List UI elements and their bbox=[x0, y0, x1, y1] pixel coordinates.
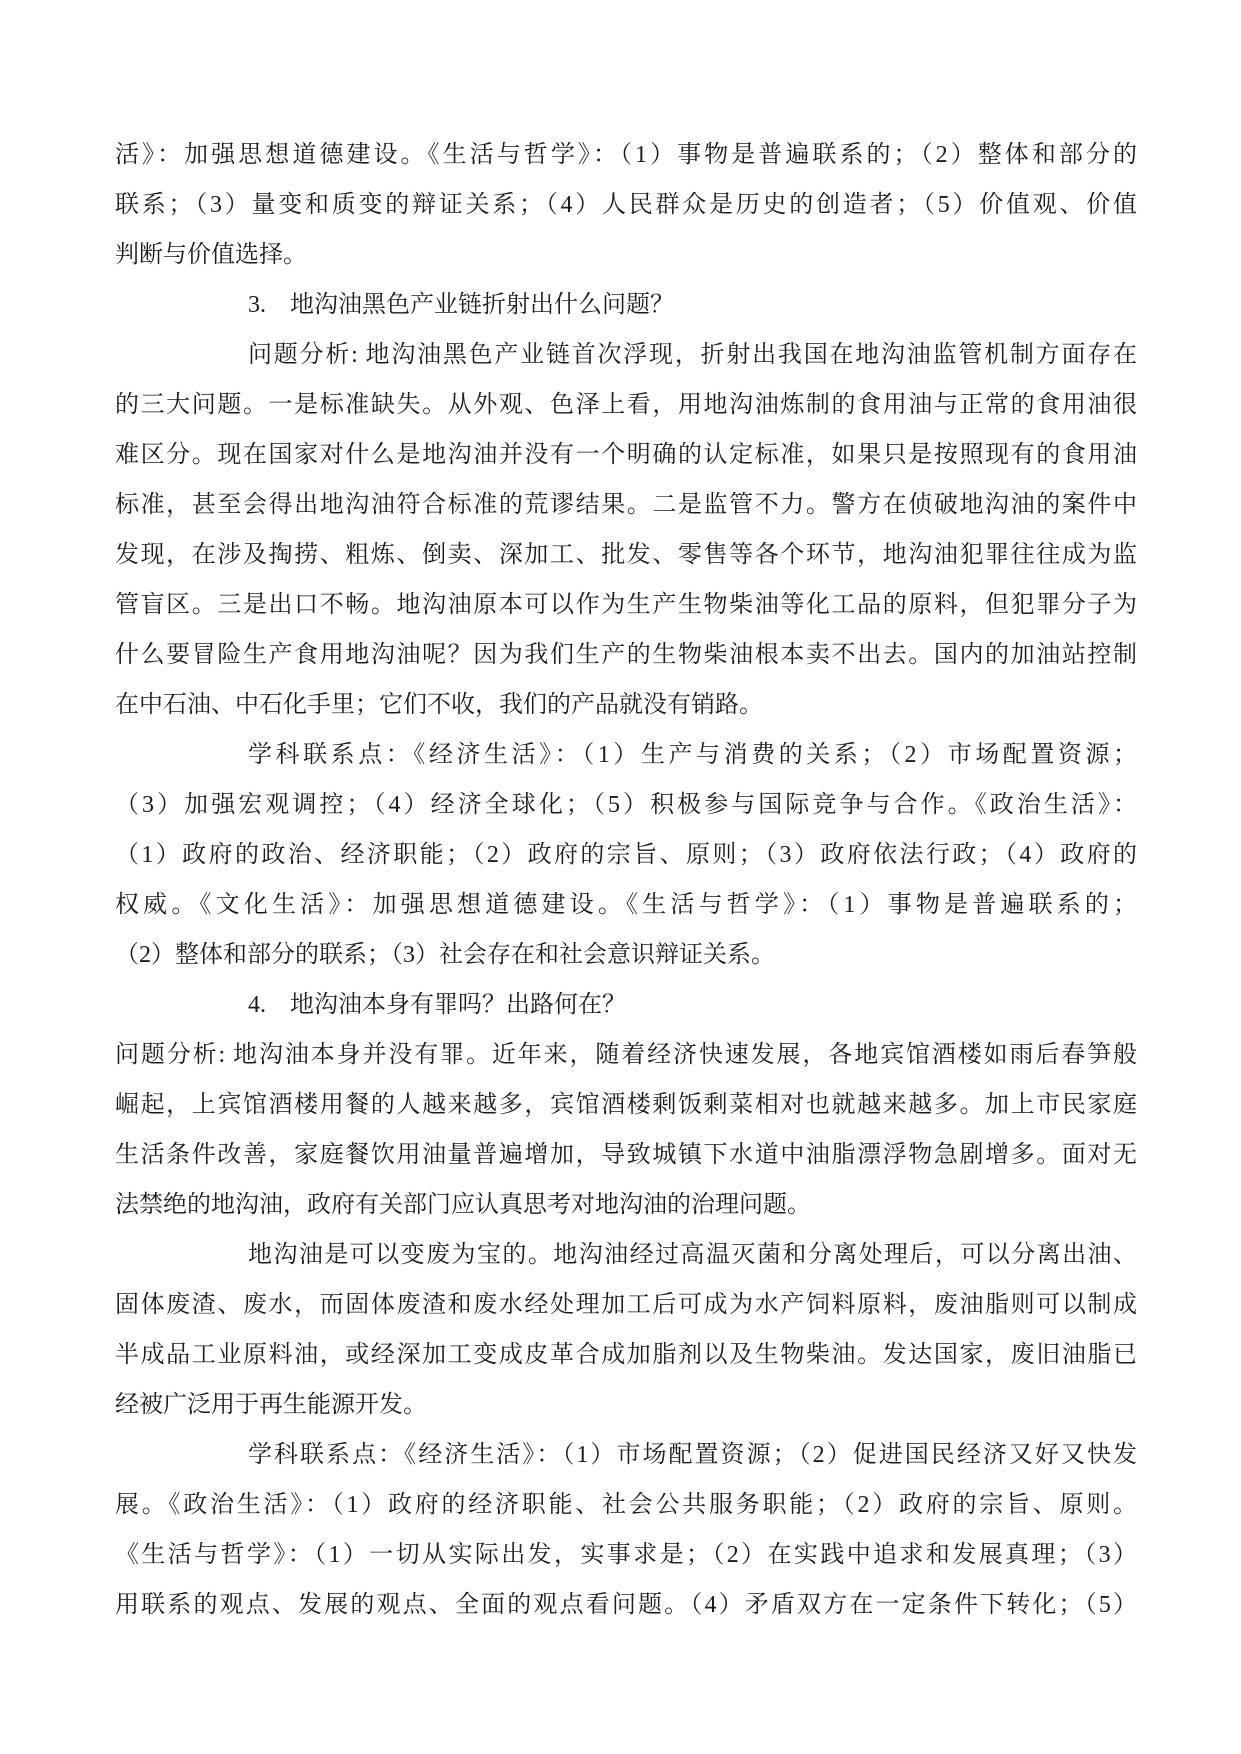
text-line: 《生活与哲学》：（1）一切从实际出发，实事求是；（2）在实践中追求和发展真理；（… bbox=[115, 1530, 1137, 1580]
text-line: 崛起，上宾馆酒楼用餐的人越来越多，宾馆酒楼剩饭剩菜相对也就越来越多。加上市民家庭 bbox=[115, 1080, 1137, 1130]
text-line: 联系；（3）量变和质变的辩证关系；（4）人民群众是历史的创造者；（5）价值观、价… bbox=[115, 180, 1137, 230]
text-line: 发现，在涉及掏捞、粗炼、倒卖、深加工、批发、零售等各个环节，地沟油犯罪往往成为监 bbox=[115, 530, 1137, 580]
text-line: 判断与价值选择。 bbox=[115, 230, 1137, 280]
text-line: 地沟油是可以变废为宝的。地沟油经过高温灭菌和分离处理后，可以分离出油、 bbox=[115, 1230, 1137, 1280]
text-line: 难区分。现在国家对什么是地沟油并没有一个明确的认定标准，如果只是按照现有的食用油 bbox=[115, 430, 1137, 480]
text-line: 展。《政治生活》：（1）政府的经济职能、社会公共服务职能；（2）政府的宗旨、原则… bbox=[115, 1480, 1137, 1530]
text-line: 管盲区。三是出口不畅。地沟油原本可以作为生产生物柴油等化工品的原料，但犯罪分子为 bbox=[115, 580, 1137, 630]
text-line: 学科联系点：《经济生活》：（1）生产与消费的关系；（2）市场配置资源； bbox=[115, 730, 1137, 780]
text-line: 什么要冒险生产食用地沟油呢？因为我们生产的生物柴油根本卖不出去。国内的加油站控制 bbox=[115, 630, 1137, 680]
text-line: 法禁绝的地沟油，政府有关部门应认真思考对地沟油的治理问题。 bbox=[115, 1180, 1137, 1230]
text-line: 问题分析: 地沟油本身并没有罪。近年来，随着经济快速发展，各地宾馆酒楼如雨后春笋… bbox=[115, 1030, 1137, 1080]
document-body: 活》：加强思想道德建设。《生活与哲学》：（1）事物是普遍联系的；（2）整体和部分… bbox=[115, 130, 1137, 1630]
text-line: 固体废渣、废水，而固体废渣和废水经处理加工后可成为水产饲料原料，废油脂则可以制成 bbox=[115, 1280, 1137, 1330]
text-line: 学科联系点：《经济生活》：（1）市场配置资源；（2）促进国民经济又好又快发 bbox=[115, 1430, 1137, 1480]
text-line: 的三大问题。一是标准缺失。从外观、色泽上看，用地沟油炼制的食用油与正常的食用油很 bbox=[115, 380, 1137, 430]
document-page: 活》：加强思想道德建设。《生活与哲学》：（1）事物是普遍联系的；（2）整体和部分… bbox=[0, 0, 1241, 1754]
text-line: （1）政府的政治、经济职能；（2）政府的宗旨、原则；（3）政府依法行政；（4）政… bbox=[115, 830, 1137, 880]
text-line: 权威。《文化生活》：加强思想道德建设。《生活与哲学》：（1）事物是普遍联系的； bbox=[115, 880, 1137, 930]
text-line: 经被广泛用于再生能源开发。 bbox=[115, 1380, 1137, 1430]
text-line: 半成品工业原料油，或经深加工变成皮革合成加脂剂以及生物柴油。发达国家，废旧油脂已 bbox=[115, 1330, 1137, 1380]
text-line: 生活条件改善，家庭餐饮用油量普遍增加，导致城镇下水道中油脂漂浮物急剧增多。面对无 bbox=[115, 1130, 1137, 1180]
text-line: 标准，甚至会得出地沟油符合标准的荒谬结果。二是监管不力。警方在侦破地沟油的案件中 bbox=[115, 480, 1137, 530]
text-line: 问题分析: 地沟油黑色产业链首次浮现，折射出我国在地沟油监管机制方面存在 bbox=[115, 330, 1137, 380]
text-line: 活》：加强思想道德建设。《生活与哲学》：（1）事物是普遍联系的；（2）整体和部分… bbox=[115, 130, 1137, 180]
question-heading: 3. 地沟油黑色产业链折射出什么问题？ bbox=[115, 280, 1137, 330]
text-line: （3）加强宏观调控；（4）经济全球化；（5）积极参与国际竞争与合作。《政治生活》… bbox=[115, 780, 1137, 830]
text-line: 用联系的观点、发展的观点、全面的观点看问题。（4）矛盾双方在一定条件下转化；（5… bbox=[115, 1580, 1137, 1630]
text-line: 在中石油、中石化手里；它们不收，我们的产品就没有销路。 bbox=[115, 680, 1137, 730]
question-heading: 4. 地沟油本身有罪吗？出路何在？ bbox=[115, 980, 1137, 1030]
text-line: （2）整体和部分的联系；（3）社会存在和社会意识辩证关系。 bbox=[115, 930, 1137, 980]
